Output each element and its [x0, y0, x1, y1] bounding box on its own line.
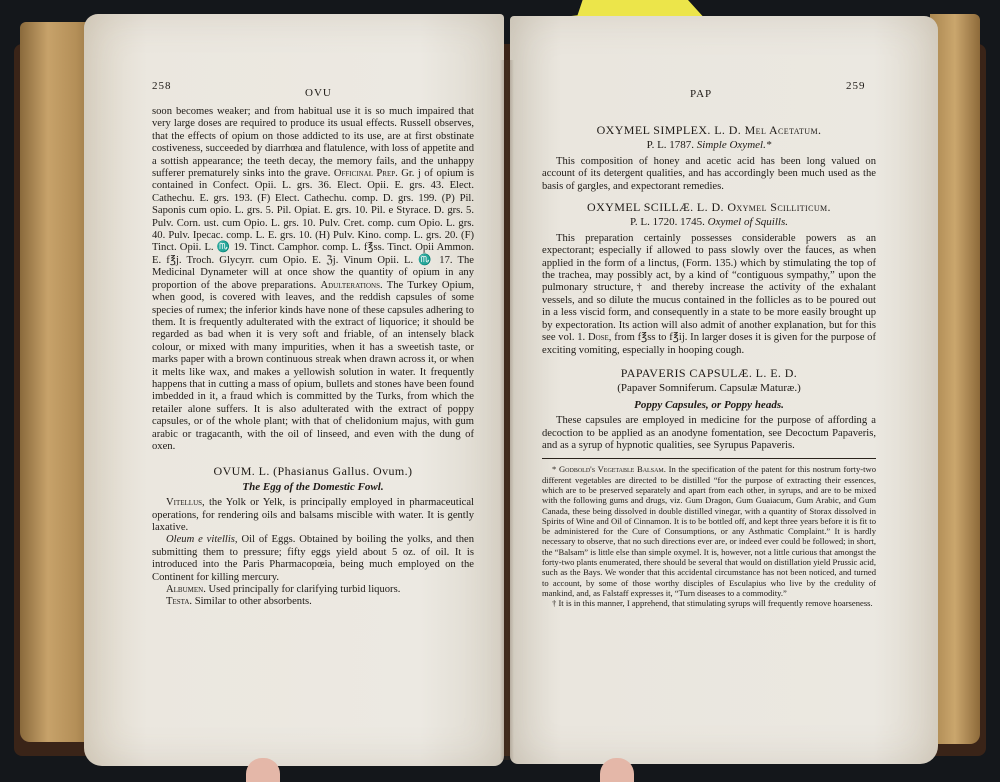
running-head-left: OVU [305, 87, 332, 99]
entry-subtitle: P. L. 1720. 1745. Oxymel of Squills. [542, 216, 876, 228]
paragraph: This composition of honey and acetic aci… [542, 156, 876, 193]
paragraph: soon becomes weaker; and from habitual u… [152, 106, 474, 453]
paragraph: These capsules are employed in medicine … [542, 415, 876, 452]
officinal-label: Officinal Prep. [334, 168, 398, 179]
left-thumb [246, 758, 280, 782]
page-number-right: 259 [846, 80, 866, 92]
entry-title: OXYMEL SCILLÆ. L. D. Oxymel Scilliticum. [542, 201, 876, 213]
entry-title: OVUM. L. (Phasianus Gallus. Ovum.) [152, 465, 474, 477]
paragraph: This preparation certainly possesses con… [542, 233, 876, 357]
footnotes: * Godbold's Vegetable Balsam. In the spe… [542, 464, 876, 608]
entry-title: PAPAVERIS CAPSULÆ. L. E. D. [542, 367, 876, 379]
running-head-right: PAP [690, 88, 712, 100]
entry-title: OXYMEL SIMPLEX. L. D. Mel Acetatum. [542, 124, 876, 136]
footnote-divider [542, 458, 876, 459]
entry-subtitle: P. L. 1787. Simple Oxymel.* [542, 139, 876, 151]
left-page-body: soon becomes weaker; and from habitual u… [152, 106, 474, 609]
footnote: † It is in this manner, I apprehend, tha… [542, 598, 876, 608]
book-gutter [500, 60, 514, 760]
left-page-edges [20, 22, 90, 742]
entry-subtitle: The Egg of the Domestic Fowl. [152, 481, 474, 493]
entry-subtitle: Poppy Capsules, or Poppy heads. [542, 399, 876, 411]
entry-subtitle: (Papaver Somniferum. Capsulæ Maturæ.) [542, 382, 876, 394]
paragraph: Albumen. Used principally for clarifying… [152, 584, 474, 596]
adulterations-label: Adulterations. [320, 280, 382, 291]
paragraph: Oleum e vitellis, Oil of Eggs. Obtained … [152, 534, 474, 584]
footnote: * Godbold's Vegetable Balsam. In the spe… [542, 464, 876, 598]
right-thumb [600, 758, 634, 782]
page-number-left: 258 [152, 80, 172, 92]
paragraph: Vitellus, the Yolk or Yelk, is principal… [152, 497, 474, 534]
paragraph: Testa. Similar to other absorbents. [152, 596, 474, 608]
right-page-body: OXYMEL SIMPLEX. L. D. Mel Acetatum. P. L… [542, 118, 876, 609]
